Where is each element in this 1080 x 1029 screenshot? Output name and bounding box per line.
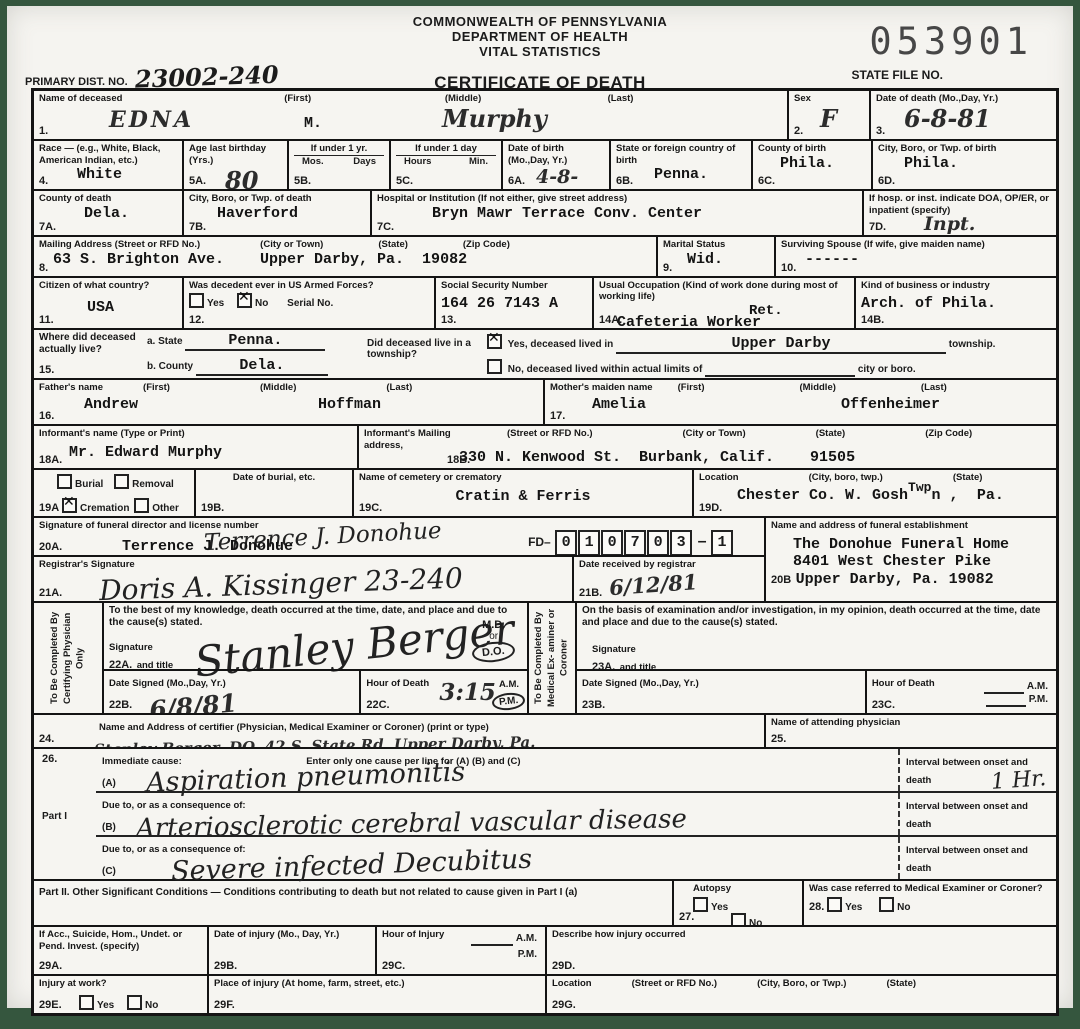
- name-last-value: Murphy: [442, 104, 547, 133]
- mother-value-1: Amelia: [592, 396, 646, 413]
- state-of-birth-label: State or foreign country of birth: [616, 143, 746, 166]
- establishment-line-3: Upper Darby, Pa. 19082: [796, 571, 994, 588]
- row-informant: Informant's name (Type or Print) Mr. Edw…: [34, 426, 1056, 470]
- field-how-injury-occurred: Describe how injury occurred 29D.: [547, 927, 1056, 973]
- field-date-of-burial: Date of burial, etc. 19B.: [196, 470, 354, 516]
- mailing-label: Mailing Address (Street or RFD No.): [39, 239, 200, 250]
- row-birth: Race — (e.g., White, Black, American Ind…: [34, 141, 1056, 191]
- other-checkbox: [134, 498, 149, 513]
- fd-digit-1: 0: [555, 530, 577, 556]
- field-county-of-death: County of death Dela. 7A.: [34, 191, 184, 235]
- location-city-label: (City, boro, twp.): [809, 472, 883, 483]
- cremation-mark: ✕: [63, 494, 75, 510]
- informant-zip-label: (Zip Code): [925, 428, 972, 451]
- county-of-birth-number: 6C.: [758, 175, 775, 187]
- cemetery-number: 19C.: [359, 502, 382, 514]
- middle-label: (Middle): [445, 93, 481, 104]
- examiner-statement: On the basis of examination and/or inves…: [582, 605, 1051, 629]
- mother-label: Mother's maiden name: [550, 382, 653, 393]
- establishment-number: 20B: [771, 574, 791, 586]
- cause-b-tag: (B): [102, 822, 116, 833]
- sex-number: 2.: [794, 125, 803, 137]
- location-twp-sup: Twp: [908, 480, 931, 495]
- medical-examiner-strip: To Be Completed By Medical Ex- aminer or…: [529, 603, 577, 713]
- field-marital-status: Marital Status Wid. 9.: [658, 237, 776, 276]
- fd-digit-2: 1: [578, 530, 600, 556]
- informant-city-label: (City or Town): [683, 428, 746, 451]
- serial-no-label: Serial No.: [287, 298, 333, 309]
- spouse-number: 10.: [781, 262, 796, 274]
- field-industry: Kind of business or industry Arch. of Ph…: [856, 278, 1056, 328]
- field-registrar-signature: Registrar's Signature Doris A. Kissinger…: [34, 557, 574, 601]
- field-part-two: Part II. Other Significant Conditions — …: [34, 881, 674, 925]
- date-of-birth-number: 6A.: [508, 175, 525, 187]
- state-file-label: STATE FILE NO.: [851, 68, 943, 82]
- city-boro-suffix: city or boro.: [858, 364, 916, 375]
- do-circled: D.O.: [471, 640, 515, 664]
- field-informant-name: Informant's name (Type or Print) Mr. Edw…: [34, 426, 359, 468]
- father-last-label: (Last): [386, 382, 412, 393]
- funeral-director-typed: Terrence J. Donohue: [122, 538, 293, 555]
- occupation-value-2: Cafeteria Worker: [617, 314, 849, 328]
- interval-b-label: Interval between onset and death: [906, 801, 1028, 830]
- field-sex: Sex F 2.: [789, 91, 871, 139]
- informant-name-value: Mr. Edward Murphy: [69, 444, 352, 461]
- under-1yr-number: 5B.: [294, 175, 311, 187]
- date-of-burial-label: Date of burial, etc.: [201, 472, 347, 483]
- row-certification: To Be Completed By Certifying Physician …: [34, 603, 1056, 715]
- fd-digit-5: 0: [647, 530, 669, 556]
- field-father: Father's name (First) (Middle) (Last) An…: [34, 380, 545, 424]
- township-yes-text: Yes, deceased lived in: [508, 339, 614, 350]
- examiner-date-signed-number: 23B.: [582, 699, 605, 711]
- row-place-of-death: County of death Dela. 7A. City, Boro, or…: [34, 191, 1056, 237]
- examiner-signature-label: Signature: [592, 644, 636, 655]
- due-to-b-label: Due to, or as a consequence of:: [102, 800, 246, 811]
- city-of-death-label: City, Boro, or Twp. of death: [189, 193, 365, 204]
- mailing-zip-label: (Zip Code): [463, 239, 510, 250]
- examiner-hour-number: 23C.: [872, 699, 895, 711]
- injury-work-yes-checkbox: [79, 995, 94, 1010]
- mailing-city-label: (City or Town): [260, 239, 323, 250]
- date-of-birth-value: 4-8-01: [536, 166, 604, 189]
- attending-physician-label: Name of attending physician: [771, 717, 1051, 728]
- armed-forces-no-checkbox: ✕: [237, 293, 252, 308]
- hospital-label: Hospital or Institution (If not either, …: [377, 193, 857, 204]
- city-of-birth-number: 6D.: [878, 175, 895, 187]
- date-of-burial-number: 19B.: [201, 502, 224, 514]
- date-of-death-number: 3.: [876, 125, 885, 137]
- father-value-2: Hoffman: [318, 396, 381, 413]
- field-age: Age last birthday (Yrs.) 80 5A.: [184, 141, 289, 189]
- under-1yr-mos-label: Mos.: [302, 156, 324, 167]
- citizen-number: 11.: [39, 314, 54, 326]
- spouse-value: ------: [805, 251, 1051, 268]
- residence-label: Where did deceased actually live?: [39, 332, 147, 356]
- field-armed-forces: Was decedent ever in US Armed Forces? Ye…: [184, 278, 436, 328]
- injury-work-no-label: No: [145, 1000, 158, 1011]
- informant-state-label: (State): [816, 428, 846, 451]
- field-hospital: Hospital or Institution (If not either, …: [372, 191, 864, 235]
- sex-value: F: [820, 104, 864, 133]
- mailing-number: 8.: [39, 262, 48, 274]
- mother-value-2: Offenheimer: [841, 396, 940, 413]
- physician-pm-circled: P.M.: [491, 692, 526, 712]
- interval-c-label: Interval between onset and death: [906, 845, 1028, 874]
- race-label: Race — (e.g., White, Black, American Ind…: [39, 143, 177, 166]
- location-label: Location: [699, 472, 739, 483]
- row-disposition: Burial Removal 19A ✕Cremation Other Date…: [34, 470, 1056, 518]
- state-of-birth-number: 6B.: [616, 175, 633, 187]
- date-of-injury-label: Date of injury (Mo., Day, Yr.): [214, 929, 370, 940]
- fd-digit-6: 3: [670, 530, 692, 556]
- spouse-label: Surviving Spouse (If wife, give maiden n…: [781, 239, 1051, 250]
- armed-forces-label: Was decedent ever in US Armed Forces?: [189, 280, 429, 291]
- informant-address-label: Informant's Mailing address,: [364, 428, 452, 451]
- location-value-1: Chester Co. W. Gosh: [737, 487, 908, 504]
- autopsy-label: Autopsy: [693, 883, 797, 894]
- date-received-number: 21B.: [579, 587, 602, 599]
- ssn-number: 13.: [441, 314, 456, 326]
- field-autopsy: Autopsy Yes No 27.: [674, 881, 804, 925]
- date-of-injury-number: 29B.: [214, 960, 237, 972]
- mother-last-label: (Last): [921, 382, 947, 393]
- scanned-death-certificate: { "header": { "org1": "COMMONWEALTH OF P…: [0, 0, 1080, 1029]
- residence-county-value: Dela.: [196, 357, 328, 376]
- race-value: White: [77, 166, 177, 183]
- injury-location-state-label: (State): [886, 978, 916, 989]
- industry-label: Kind of business or industry: [861, 280, 1051, 291]
- doa-inpatient-value: Inpt.: [924, 213, 1051, 235]
- marital-number: 9.: [663, 262, 672, 274]
- industry-number: 14B.: [861, 314, 884, 326]
- accident-type-number: 29A.: [39, 960, 62, 972]
- row-residence: Where did deceased actually live? 15. a.…: [34, 330, 1056, 380]
- row-citizen: Citizen of what country? USA 11. Was dec…: [34, 278, 1056, 330]
- row-parents: Father's name (First) (Middle) (Last) An…: [34, 380, 1056, 426]
- field-city-of-birth: City, Boro, or Twp. of birth Phila. 6D.: [873, 141, 1056, 189]
- name-middle-value: M.: [304, 115, 322, 132]
- first-label: (First): [284, 93, 311, 104]
- township-no-text: No, deceased lived within actual limits …: [508, 364, 703, 375]
- cemetery-label: Name of cemetery or crematory: [359, 472, 687, 483]
- cause-number: 26.: [42, 753, 57, 765]
- citizen-label: Citizen of what country?: [39, 280, 177, 291]
- injury-work-no-checkbox: [127, 995, 142, 1010]
- field-ssn: Social Security Number 164 26 7143 A 13.: [436, 278, 594, 328]
- marital-label: Marital Status: [663, 239, 769, 250]
- burial-checkbox: [57, 474, 72, 489]
- physician-am-label: A.M.: [499, 679, 519, 690]
- physician-hour-value: 3:15: [439, 679, 496, 706]
- attending-physician-number: 25.: [771, 733, 786, 745]
- residence-state-label: a. State: [147, 336, 183, 347]
- place-of-injury-number: 29F.: [214, 999, 235, 1011]
- certifier-number: 24.: [39, 733, 54, 745]
- injury-location-label: Location: [552, 978, 592, 989]
- field-funeral-establishment: Name and address of funeral establishmen…: [766, 518, 1056, 601]
- injury-work-yes-label: Yes: [97, 1000, 114, 1011]
- race-number: 4.: [39, 175, 48, 187]
- location-number: 19D.: [699, 502, 722, 514]
- removal-checkbox: [114, 474, 129, 489]
- ssn-label: Social Security Number: [441, 280, 587, 291]
- certificate-paper: COMMONWEALTH OF PENNSYLVANIA DEPARTMENT …: [7, 6, 1073, 1008]
- physician-signature-label: Signature: [109, 642, 153, 653]
- serial-number-stamp: 053901: [869, 20, 1033, 63]
- removal-label: Removal: [132, 479, 174, 490]
- autopsy-no-label: No: [749, 918, 762, 926]
- county-of-birth-value: Phila.: [780, 155, 866, 172]
- informant-address-value: 330 N. Kenwood St. Burbank, Calif. 91505: [459, 449, 1051, 466]
- field-attending-physician: Name of attending physician 25.: [766, 715, 1056, 747]
- father-number: 16.: [39, 410, 54, 422]
- armed-forces-yes-checkbox: [189, 293, 204, 308]
- injury-pm-label: P.M.: [518, 949, 537, 960]
- under-1day-label: If under 1 day: [396, 143, 496, 155]
- field-city-of-death: City, Boro, or Twp. of death Haverford 7…: [184, 191, 372, 235]
- place-of-injury-label: Place of injury (At home, farm, street, …: [214, 978, 540, 989]
- township-suffix: township.: [949, 339, 996, 350]
- how-injury-number: 29D.: [552, 960, 575, 972]
- under-1day-min-label: Min.: [469, 156, 488, 167]
- field-surviving-spouse: Surviving Spouse (If wife, give maiden n…: [776, 237, 1056, 276]
- cause-a-tag: (A): [102, 778, 116, 789]
- referred-no-label: No: [897, 902, 910, 913]
- armed-forces-yes-label: Yes: [207, 298, 224, 309]
- township-question: Did deceased live in a township?: [367, 332, 487, 376]
- mailing-value: 63 S. Brighton Ave. Upper Darby, Pa. 190…: [53, 251, 651, 268]
- father-label: Father's name: [39, 382, 103, 393]
- field-date-received: Date received by registrar 6/12/81 21B.: [574, 557, 764, 601]
- examiner-pm-label: P.M.: [1029, 694, 1048, 705]
- county-of-birth-label: County of birth: [758, 143, 866, 154]
- armed-forces-no-label: No: [255, 298, 268, 309]
- doa-inpatient-number: 7D.: [869, 221, 886, 233]
- field-under-1day: If under 1 day Hours Min. 5C.: [391, 141, 503, 189]
- physician-hour-label: Hour of Death: [366, 678, 429, 689]
- certifying-physician-strip: To Be Completed By Certifying Physician …: [34, 603, 104, 713]
- mother-first-label: (First): [678, 382, 705, 393]
- marital-value: Wid.: [687, 251, 769, 268]
- armed-forces-no-mark: ✕: [238, 289, 250, 305]
- interval-a-value: 1 Hr.: [990, 766, 1047, 795]
- mailing-state-label: (State): [378, 239, 408, 250]
- establishment-line-1: The Donohue Funeral Home: [793, 536, 1051, 553]
- under-1day-number: 5C.: [396, 175, 413, 187]
- autopsy-no-checkbox: [731, 913, 746, 926]
- county-of-death-label: County of death: [39, 193, 177, 204]
- city-of-birth-value: Phila.: [904, 155, 1051, 172]
- row-injury-2: Injury at work? Yes No 29E. Place of inj…: [34, 976, 1056, 1013]
- date-of-death-value: 6-8-81: [904, 104, 1051, 133]
- immediate-cause-label: Immediate cause:: [102, 756, 182, 767]
- cremation-checkbox: ✕: [62, 498, 77, 513]
- field-date-of-injury: Date of injury (Mo., Day, Yr.) 29B.: [209, 927, 377, 973]
- physician-date-signed-number: 22B.: [109, 699, 132, 711]
- other-label: Other: [152, 503, 179, 514]
- registrar-number: 21A.: [39, 587, 62, 599]
- autopsy-yes-label: Yes: [711, 902, 728, 913]
- township-yes-value: Upper Darby: [616, 335, 946, 354]
- fd-dash: –: [698, 533, 707, 550]
- medical-examiner-strip-text: To Be Completed By Medical Ex- aminer or…: [533, 605, 571, 711]
- cemetery-value: Cratin & Ferris: [359, 488, 687, 505]
- field-date-of-birth: Date of birth (Mo.,Day, Yr.) 4-8-01 6A.: [503, 141, 611, 189]
- field-county-of-birth: County of birth Phila. 6C.: [753, 141, 873, 189]
- accident-type-label: If Acc., Suicide, Hom., Undet. or Pend. …: [39, 929, 202, 952]
- field-examiner-certification: On the basis of examination and/or inves…: [577, 603, 1056, 713]
- state-of-birth-value: Penna.: [654, 166, 746, 183]
- field-disposition-location: Location (City, boro, twp.) (State) Ches…: [694, 470, 1056, 516]
- autopsy-yes-checkbox: [693, 897, 708, 912]
- field-doa-inpatient: If hosp. or inst. indicate DOA, OP/ER, o…: [864, 191, 1056, 235]
- injury-at-work-number: 29E.: [39, 999, 62, 1011]
- location-state-value: Pa.: [977, 487, 1004, 504]
- physician-hour-number: 22C.: [366, 699, 389, 711]
- row-injury-1: If Acc., Suicide, Hom., Undet. or Pend. …: [34, 927, 1056, 975]
- city-of-death-value: Haverford: [217, 205, 365, 222]
- row-cause-of-death: 26. Part I Immediate cause: Enter only o…: [34, 749, 1056, 881]
- residence-county-label: b. County: [147, 361, 193, 372]
- field-injury-location: Location (Street or RFD No.) (City, Boro…: [547, 976, 1056, 1013]
- hour-of-injury-number: 29C.: [382, 960, 405, 972]
- injury-am-label: A.M.: [516, 933, 537, 944]
- age-value: 80: [225, 166, 282, 189]
- md-label: M.D.: [472, 619, 515, 631]
- field-accident-type: If Acc., Suicide, Hom., Undet. or Pend. …: [34, 927, 209, 973]
- informant-street-label: (Street or RFD No.): [507, 428, 593, 451]
- examiner-hour-label: Hour of Death: [872, 678, 935, 689]
- occupation-number: 14A.: [599, 314, 622, 326]
- field-cemetery: Name of cemetery or crematory Cratin & F…: [354, 470, 694, 516]
- field-residence: Where did deceased actually live? 15. a.…: [34, 330, 1056, 378]
- city-of-death-number: 7B.: [189, 221, 206, 233]
- hospital-value: Bryn Mawr Terrace Conv. Center: [432, 205, 857, 222]
- field-race: Race — (e.g., White, Black, American Ind…: [34, 141, 184, 189]
- county-of-death-value: Dela.: [84, 205, 177, 222]
- under-1yr-days-label: Days: [353, 156, 376, 167]
- examiner-date-signed-label: Date Signed (Mo.,Day, Yr.): [582, 678, 699, 689]
- field-disposition-type: Burial Removal 19A ✕Cremation Other: [34, 470, 196, 516]
- field-state-of-birth: State or foreign country of birth Penna.…: [611, 141, 753, 189]
- under-1yr-label: If under 1 yr.: [294, 143, 384, 155]
- field-under-1yr: If under 1 yr. Mos. Days 5B.: [289, 141, 391, 189]
- row-certifier: Name and Address of certifier (Physician…: [34, 715, 1056, 749]
- field-physician-certification: To the best of my knowledge, death occur…: [104, 603, 529, 713]
- under-1day-hours-label: Hours: [404, 156, 431, 167]
- hospital-number: 7C.: [377, 221, 394, 233]
- autopsy-number: 27.: [679, 911, 694, 923]
- mother-middle-label: (Middle): [799, 382, 835, 393]
- location-value-2: n ,: [931, 487, 958, 504]
- township-yes-checkbox: ✕: [487, 334, 502, 349]
- field-certifier-name: Name and Address of certifier (Physician…: [34, 715, 766, 747]
- name-field-number: 1.: [39, 125, 48, 137]
- field-place-of-injury: Place of injury (At home, farm, street, …: [209, 976, 547, 1013]
- name-label: Name of deceased: [39, 93, 284, 104]
- field-referred: Was case referred to Medical Examiner or…: [804, 881, 1056, 925]
- township-no-checkbox: [487, 359, 502, 374]
- injury-location-city-label: (City, Boro, or Twp.): [757, 978, 846, 989]
- fd-label: FD–: [528, 535, 551, 549]
- row-mailing: Mailing Address (Street or RFD No.) (Cit…: [34, 237, 1056, 278]
- physician-date-signed-label: Date Signed (Mo.,Day, Yr.): [109, 678, 226, 689]
- referred-yes-checkbox: [827, 897, 842, 912]
- cremation-label: Cremation: [80, 503, 129, 514]
- md-or-label: or: [472, 631, 515, 642]
- informant-name-number: 18A.: [39, 454, 62, 466]
- field-citizen: Citizen of what country? USA 11.: [34, 278, 184, 328]
- referred-number: 28.: [809, 901, 824, 913]
- informant-address-number: 18B.: [447, 454, 470, 466]
- cause-c-tag: (C): [102, 866, 116, 877]
- sex-label: Sex: [794, 93, 864, 104]
- injury-at-work-label: Injury at work?: [39, 978, 202, 989]
- part-one-label: Part I: [42, 811, 67, 822]
- certifier-label: Name and Address of certifier (Physician…: [99, 722, 489, 733]
- residence-number: 15.: [39, 364, 54, 376]
- fd-suffix-digit: 1: [711, 530, 733, 556]
- field-mother: Mother's maiden name (First) (Middle) (L…: [545, 380, 1056, 424]
- date-received-value: 6/12/81: [608, 565, 759, 600]
- field-mailing-address: Mailing Address (Street or RFD No.) (Cit…: [34, 237, 658, 276]
- row-funeral: Signature of funeral director and licens…: [34, 518, 1056, 603]
- industry-value: Arch. of Phila.: [861, 295, 1051, 312]
- part-two-label: Part II. Other Significant Conditions — …: [39, 887, 667, 899]
- armed-forces-number: 12.: [189, 314, 204, 326]
- location-state-label: (State): [953, 472, 983, 483]
- burial-label: Burial: [75, 479, 103, 490]
- citizen-value: USA: [87, 299, 177, 316]
- township-yes-mark: ✕: [488, 330, 500, 346]
- city-of-birth-label: City, Boro, or Twp. of birth: [878, 143, 1051, 154]
- mother-number: 17.: [550, 410, 565, 422]
- referred-yes-label: Yes: [845, 902, 862, 913]
- field-informant-address: Informant's Mailing address, (Street or …: [359, 426, 1056, 468]
- field-occupation: Usual Occupation (Kind of work done duri…: [594, 278, 856, 328]
- field-injury-at-work: Injury at work? Yes No 29E.: [34, 976, 209, 1013]
- disposition-number: 19A: [39, 502, 59, 514]
- ssn-value: 164 26 7143 A: [441, 295, 587, 312]
- primary-district-label: PRIMARY DIST. NO.: [25, 76, 128, 88]
- examiner-am-label: A.M.: [1027, 681, 1048, 692]
- establishment-label: Name and address of funeral establishmen…: [771, 520, 1051, 531]
- name-first-value: EDNA: [109, 107, 194, 133]
- certificate-form: Name of deceased (First) (Middle) (Last)…: [31, 88, 1059, 1016]
- date-of-death-label: Date of death (Mo.,Day, Yr.): [876, 93, 1051, 104]
- residence-state-value: Penna.: [185, 332, 325, 351]
- certifying-physician-strip-text: To Be Completed By Certifying Physician …: [49, 605, 87, 711]
- county-of-death-number: 7A.: [39, 221, 56, 233]
- fd-digit-3: 0: [601, 530, 623, 556]
- injury-location-street-label: (Street or RFD No.): [632, 978, 718, 989]
- age-number: 5A.: [189, 175, 206, 187]
- field-name-of-deceased: Name of deceased (First) (Middle) (Last)…: [34, 91, 789, 139]
- father-value-1: Andrew: [84, 396, 138, 413]
- last-label: (Last): [608, 93, 634, 104]
- establishment-line-2: 8401 West Chester Pike: [793, 553, 1051, 570]
- field-funeral-director: Signature of funeral director and licens…: [34, 518, 764, 557]
- field-date-of-death: Date of death (Mo.,Day, Yr.) 6-8-81 3.: [871, 91, 1056, 139]
- father-first-label: (First): [143, 382, 170, 393]
- date-of-birth-label: Date of birth (Mo.,Day, Yr.): [508, 143, 604, 166]
- field-hour-of-injury: Hour of Injury A.M. P.M. 29C.: [377, 927, 547, 973]
- referred-label: Was case referred to Medical Examiner or…: [809, 883, 1051, 894]
- informant-name-label: Informant's name (Type or Print): [39, 428, 352, 439]
- referred-no-checkbox: [879, 897, 894, 912]
- occupation-label: Usual Occupation (Kind of work done duri…: [599, 280, 849, 303]
